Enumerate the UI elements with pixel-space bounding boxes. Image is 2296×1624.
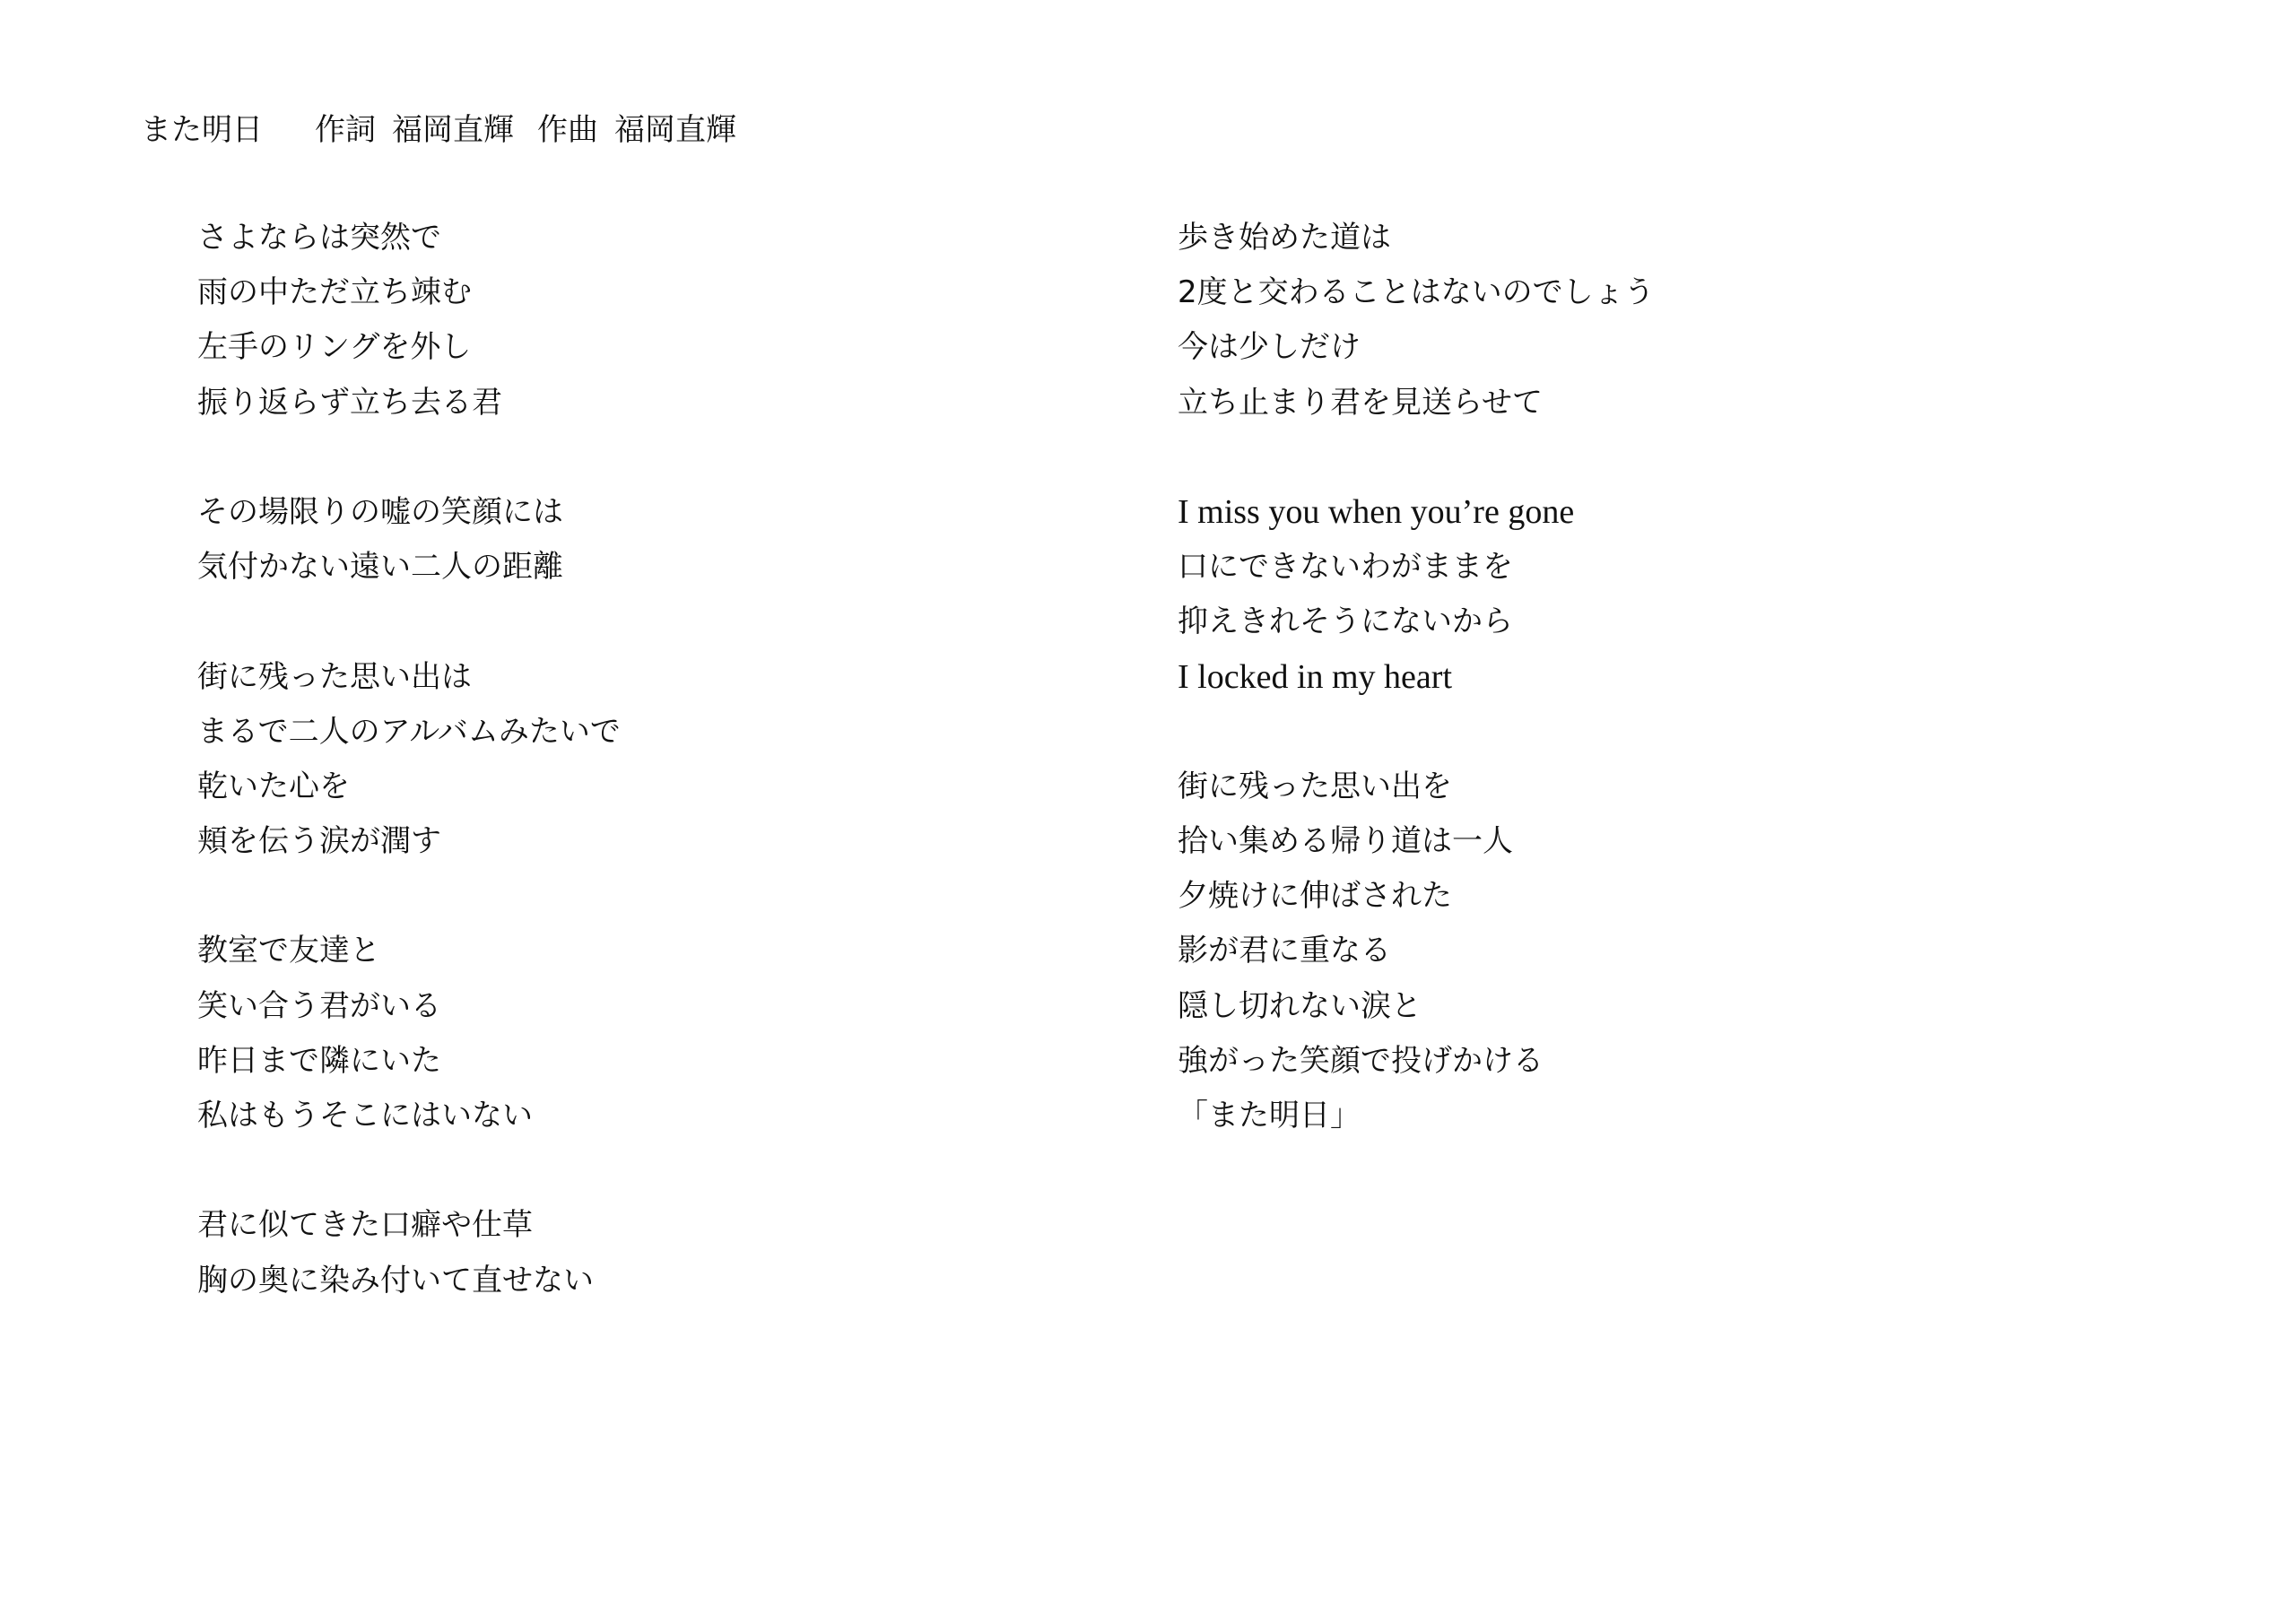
- lyric-line: 左手のリングを外し: [197, 326, 621, 381]
- verse-8: 街に残った思い出を 拾い集める帰り道は一人 夕焼けに伸ばされた 影が君に重なる …: [1178, 766, 1655, 1150]
- stanza-gap: [1178, 437, 1655, 491]
- lyric-line: 街に残った思い出は: [197, 656, 621, 711]
- lyric-line: 立ち止まり君を見送らせて: [1178, 382, 1655, 437]
- verse-5: 君に似てきた口癖や仕草 胸の奥に染み付いて直せない: [197, 1204, 621, 1314]
- lyrics-right-column: 歩き始めた道は 2度と交わることはないのでしょう 今は少しだけ 立ち止まり君を見…: [1178, 217, 1655, 1150]
- song-header: また明日作詞福岡直輝作曲福岡直輝: [141, 109, 736, 151]
- lyric-line: 振り返らず立ち去る君: [197, 382, 621, 437]
- stanza-gap: [197, 437, 621, 491]
- lyric-line: 口にできないわがままを: [1178, 546, 1655, 601]
- verse-1: さよならは突然で 雨の中ただ立ち竦む 左手のリングを外し 振り返らず立ち去る君: [197, 217, 621, 437]
- verse-7: I miss you when you’re gone 口にできないわがままを …: [1178, 491, 1655, 711]
- stanza-gap: [1178, 711, 1655, 766]
- lyric-line: 笑い合う君がいる: [197, 986, 621, 1040]
- lyric-line: I locked in my heart: [1178, 656, 1655, 711]
- lyric-line: 「また明日」: [1178, 1095, 1655, 1150]
- lyric-line: 昨日まで隣にいた: [197, 1040, 621, 1095]
- lyric-line: I miss you when you’re gone: [1178, 491, 1655, 546]
- verse-6: 歩き始めた道は 2度と交わることはないのでしょう 今は少しだけ 立ち止まり君を見…: [1178, 217, 1655, 437]
- lyric-line: さよならは突然で: [197, 217, 621, 272]
- lyric-line: 隠し切れない涙と: [1178, 986, 1655, 1040]
- lyric-line: 教室で友達と: [197, 930, 621, 985]
- lyric-line: 街に残った思い出を: [1178, 766, 1655, 821]
- lyric-line: 歩き始めた道は: [1178, 217, 1655, 272]
- lyrics-left-column: さよならは突然で 雨の中ただ立ち竦む 左手のリングを外し 振り返らず立ち去る君 …: [197, 217, 621, 1315]
- verse-2: その場限りの嘘の笑顔には 気付かない遠い二人の距離: [197, 491, 621, 601]
- composer-name: 福岡直輝: [614, 109, 736, 151]
- lyricist-name: 福岡直輝: [392, 109, 514, 151]
- lyric-line: まるで二人のアルバムみたいで: [197, 711, 621, 766]
- verse-3: 街に残った思い出は まるで二人のアルバムみたいで 乾いた心を 頬を伝う涙が潤す: [197, 656, 621, 876]
- lyric-line: 今は少しだけ: [1178, 326, 1655, 381]
- lyric-line: 胸の奥に染み付いて直せない: [197, 1260, 621, 1315]
- song-title: また明日: [141, 109, 263, 151]
- lyric-line: 夕焼けに伸ばされた: [1178, 875, 1655, 930]
- composer-label: 作曲: [537, 109, 598, 151]
- lyrics-label: 作詞: [315, 109, 376, 151]
- lyric-line: 気付かない遠い二人の距離: [197, 546, 621, 601]
- lyric-line: 乾いた心を: [197, 766, 621, 821]
- lyric-line: 抑えきれそうにないから: [1178, 601, 1655, 656]
- lyric-line: 拾い集める帰り道は一人: [1178, 821, 1655, 875]
- stanza-gap: [197, 1150, 621, 1204]
- lyric-line: 強がった笑顔で投げかける: [1178, 1040, 1655, 1095]
- stanza-gap: [197, 601, 621, 656]
- lyric-line: 影が君に重なる: [1178, 930, 1655, 985]
- lyric-line: 頬を伝う涙が潤す: [197, 821, 621, 875]
- lyric-line: 君に似てきた口癖や仕草: [197, 1204, 621, 1259]
- stanza-gap: [197, 875, 621, 930]
- lyric-line: 雨の中ただ立ち竦む: [197, 272, 621, 326]
- lyric-line: 私はもうそこにはいない: [197, 1095, 621, 1150]
- lyric-line: 2度と交わることはないのでしょう: [1178, 272, 1655, 326]
- lyric-line: その場限りの嘘の笑顔には: [197, 491, 621, 546]
- verse-4: 教室で友達と 笑い合う君がいる 昨日まで隣にいた 私はもうそこにはいない: [197, 930, 621, 1150]
